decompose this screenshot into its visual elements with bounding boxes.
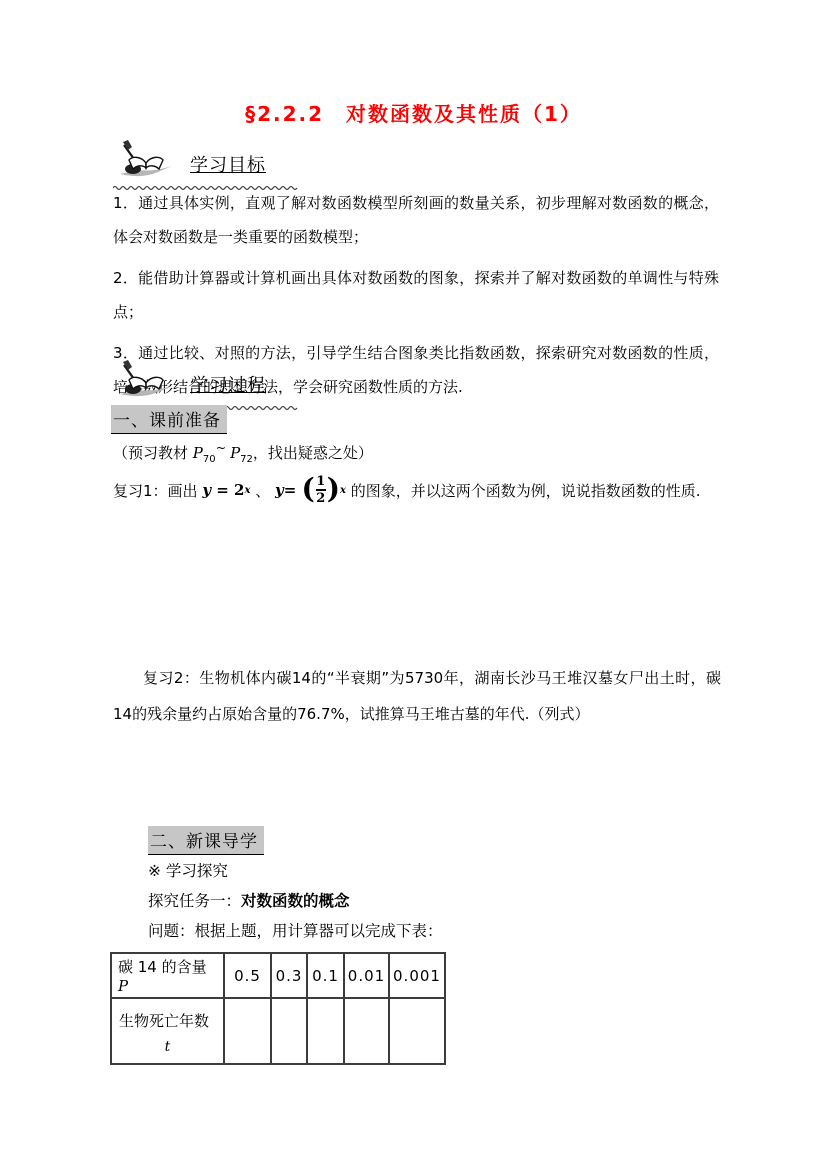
empty-cell	[271, 998, 307, 1064]
row2-label-cell: 生物死亡年数 t	[111, 998, 224, 1064]
table-row: 碳 14 的含量 P 0.5 0.3 0.1 0.01 0.001	[111, 953, 445, 998]
preview-close: ，找出疑惑之处）	[253, 444, 373, 462]
review1-line: 复习1：画出 y = 2x 、 y= (12)x 的图象，并以这两个函数为例，说…	[113, 470, 753, 510]
var-P: P	[118, 977, 128, 995]
question-line: 问题：根据上题，用计算器可以完成下表：	[148, 919, 443, 941]
new-lesson-header-text: 二、新课导学	[148, 826, 264, 855]
math-one-half-fraction: 12	[316, 475, 326, 505]
empty-cell	[344, 998, 389, 1064]
value-cell: 0.3	[271, 953, 307, 998]
right-paren: )	[327, 475, 340, 503]
review1-prefix: 复习1：画出	[113, 480, 202, 501]
review2-paragraph: 复习2：生物机体内碳14的“半衰期”为5730年，湖南长沙马王堆汉墓女尸出土时，…	[113, 660, 721, 732]
task-prefix: 探究任务一：	[148, 892, 241, 910]
goals-item: 1．通过具体实例，直观了解对数函数模型所刻画的数量关系，初步理解对数函数的概念，…	[113, 186, 719, 254]
value-cell: 0.5	[224, 953, 271, 998]
value-cell: 0.001	[389, 953, 445, 998]
task-title: 对数函数的概念	[241, 892, 350, 910]
page-ref: P	[193, 444, 203, 462]
explore-label: ※ 学习探究	[148, 859, 228, 881]
process-section-header: 学习过程	[116, 359, 306, 403]
prep-header: 一、课前准备	[111, 405, 227, 434]
page-ref: P	[230, 444, 240, 462]
preview-note: （预习教材 P70~ P72，找出疑惑之处）	[113, 440, 373, 465]
value-cell: 0.1	[307, 953, 344, 998]
math-two-power-x: 2	[234, 481, 244, 499]
goals-header-label: 学习目标	[190, 151, 266, 177]
review1-suffix: 的图象，并以这两个函数为例，说说指数函数的性质.	[346, 480, 701, 501]
worksheet-page: §2.2.2 对数函数及其性质（1） 学习目标 1．通过具体实例，直观了解对数函…	[0, 0, 827, 1170]
task-line: 探究任务一：对数函数的概念	[148, 889, 350, 911]
goals-item: 2．能借助计算器或计算机画出具体对数函数的图象，探索并了解对数函数的单调性与特殊…	[113, 261, 719, 329]
carbon-table: 碳 14 的含量 P 0.5 0.3 0.1 0.01 0.001 生物死亡年数…	[110, 952, 446, 1065]
page-title: §2.2.2 对数函数及其性质（1）	[0, 98, 827, 127]
process-header-label: 学习过程	[190, 371, 266, 397]
carbon-table-wrap: 碳 14 的含量 P 0.5 0.3 0.1 0.01 0.001 生物死亡年数…	[110, 952, 446, 1065]
prep-header-text: 一、课前准备	[111, 405, 227, 434]
empty-cell	[389, 998, 445, 1064]
row1-label-cell: 碳 14 的含量 P	[111, 953, 224, 998]
left-paren: (	[302, 475, 315, 503]
empty-cell	[224, 998, 271, 1064]
new-lesson-header: 二、新课导学	[148, 826, 264, 855]
table-row: 生物死亡年数 t	[111, 998, 445, 1064]
empty-cell	[307, 998, 344, 1064]
goals-section-header: 学习目标	[116, 139, 306, 183]
var-t: t	[113, 1031, 222, 1055]
preview-open: （预习教材	[113, 444, 193, 462]
value-cell: 0.01	[344, 953, 389, 998]
